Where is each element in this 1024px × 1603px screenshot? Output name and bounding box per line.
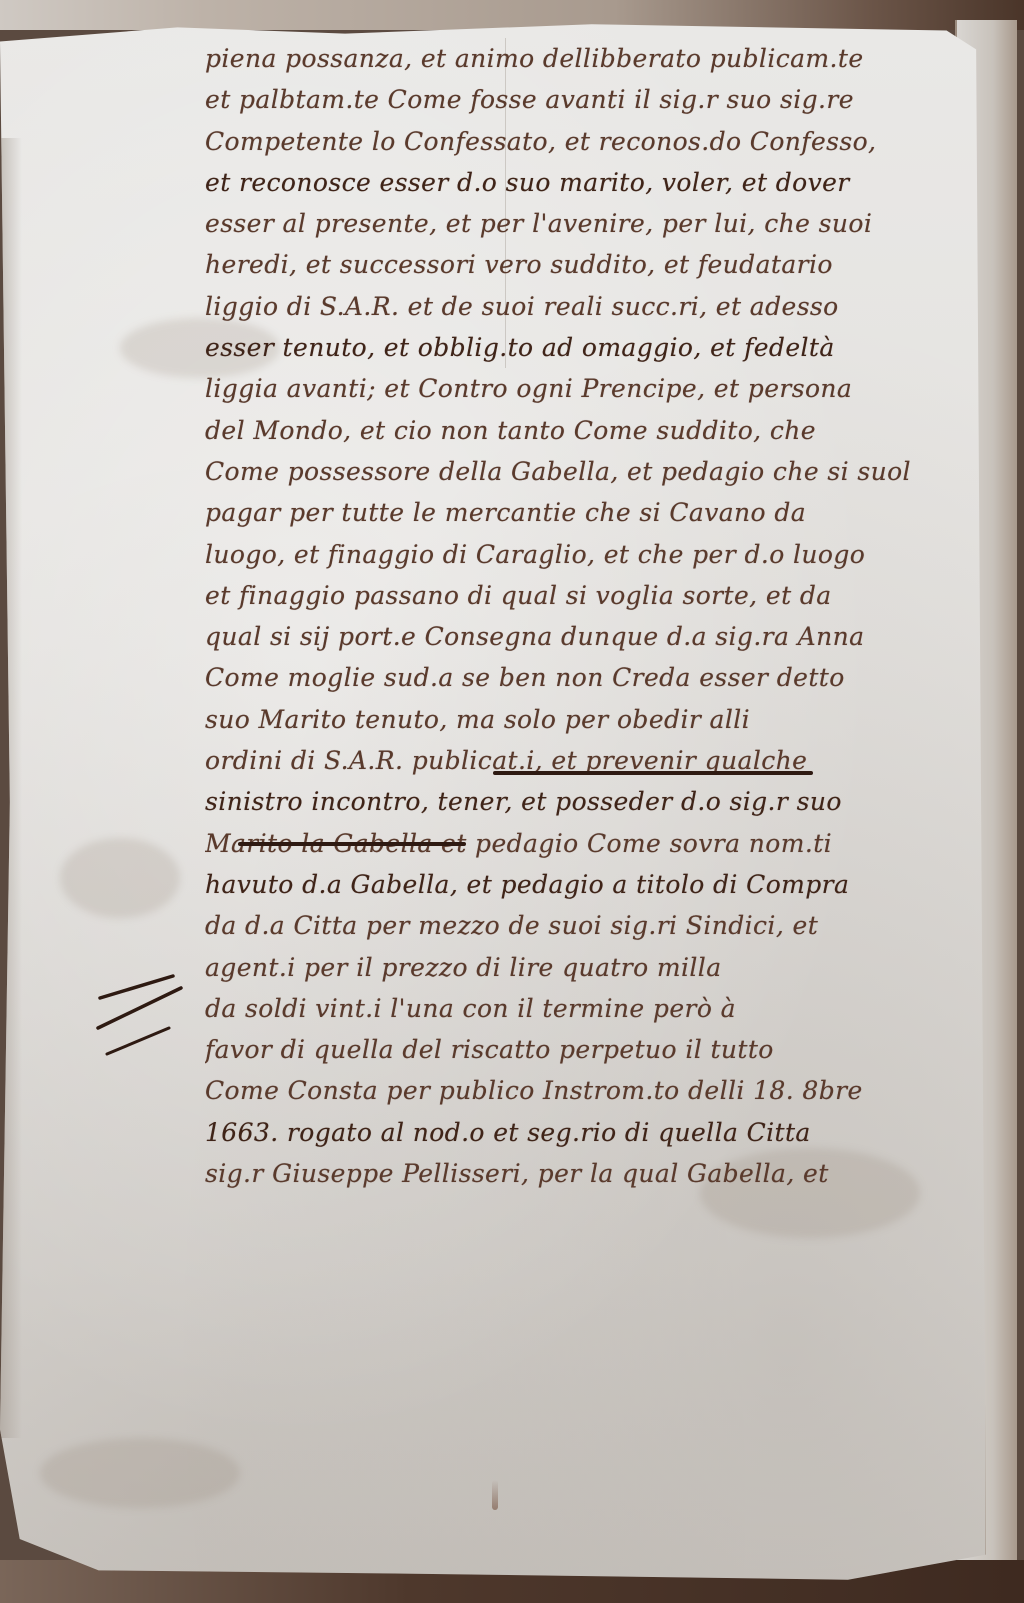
worn-left-edge [0, 138, 22, 1438]
text-line: sig.r Giuseppe Pellisseri, per la qual G… [205, 1153, 975, 1194]
text-line: suo Marito tenuto, ma solo per obedir al… [205, 699, 975, 740]
text-line: et reconosce esser d.o suo marito, voler… [205, 162, 975, 203]
text-line: Competente lo Confessato, et reconos.do … [205, 121, 975, 162]
text-line: sinistro incontro, tener, et posseder d.… [205, 781, 975, 822]
text-line: luogo, et finaggio di Caraglio, et che p… [205, 534, 975, 575]
text-line: 1663. rogato al nod.o et seg.rio di quel… [205, 1112, 975, 1153]
text-line: et palbtam.te Come fosse avanti il sig.r… [205, 79, 975, 120]
text-line: esser al presente, et per l'avenire, per… [205, 203, 975, 244]
text-line: del Mondo, et cio non tanto Come suddito… [205, 410, 975, 451]
text-line: liggio di S.A.R. et de suoi reali succ.r… [205, 286, 975, 327]
text-line: Come Consta per publico Instrom.to delli… [205, 1070, 975, 1111]
paper-stain [40, 1438, 240, 1508]
triple-slash-icon [95, 970, 205, 1060]
text-line: pagar per tutte le mercantie che si Cava… [205, 492, 975, 533]
text-line: qual si sij port.e Consegna dunque d.a s… [205, 616, 975, 657]
underline-moglie [238, 842, 466, 846]
text-line: piena possanza, et animo dellibberato pu… [205, 38, 975, 79]
text-line: Come possessore della Gabella, et pedagi… [205, 451, 975, 492]
text-line: esser tenuto, et obblig.to ad omaggio, e… [205, 327, 975, 368]
manuscript-text: piena possanza, et animo dellibberato pu… [205, 38, 975, 1194]
text-line: havuto d.a Gabella, et pedagio a titolo … [205, 864, 975, 905]
text-line: heredi, et successori vero suddito, et f… [205, 244, 975, 285]
ink-drip-mark [492, 1480, 498, 1510]
text-line: ordini di S.A.R. publicat.i, et prevenir… [205, 740, 975, 781]
text-line: et finaggio passano di qual si voglia so… [205, 575, 975, 616]
text-line: agent.i per il prezzo di lire quatro mil… [205, 947, 975, 988]
background-surface-top [0, 0, 1024, 30]
text-line: da d.a Citta per mezzo de suoi sig.ri Si… [205, 905, 975, 946]
text-line: favor di quella del riscatto perpetuo il… [205, 1029, 975, 1070]
text-line: da soldi vint.i l'una con il termine per… [205, 988, 975, 1029]
paper-stain [60, 838, 180, 918]
underline-consegna [493, 771, 813, 775]
text-line: liggia avanti; et Contro ogni Prencipe, … [205, 368, 975, 409]
text-line: Come moglie sud.a se ben non Creda esser… [205, 657, 975, 698]
margin-nota-bene-mark [95, 970, 205, 1060]
